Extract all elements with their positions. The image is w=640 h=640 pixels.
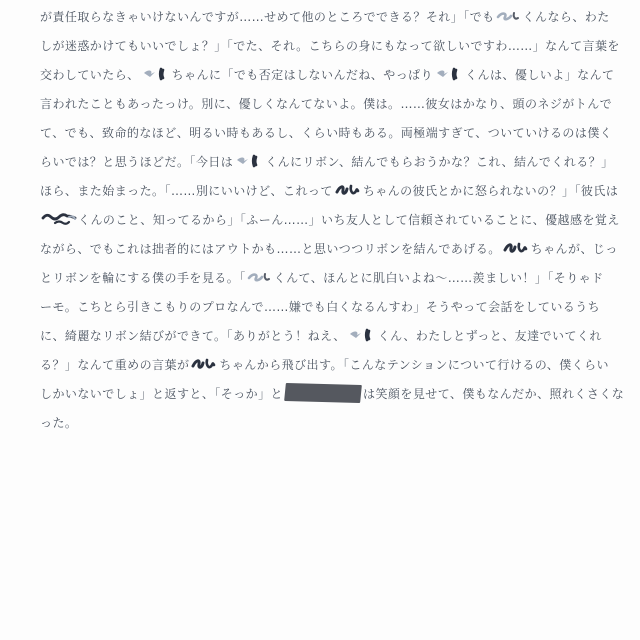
text-line: 交わしていたら、ちゃんに「でも否定はしないんだね、やっぱりくんは、優しいよ」なん…	[40, 61, 602, 90]
text-line: とリボンを輪にする僕の手を見る。「くんて、ほんとに肌白いよね～……羨ましい！」「…	[40, 264, 602, 293]
document-page: が責任取らなきゃいけないんですが……せめて他のところでできる？それ」「でもくんな…	[0, 0, 640, 640]
text-run: 言われたこともあったっけ。別に、優しくなんてないよ。僕は。……彼女はかなり、頭の…	[40, 97, 612, 111]
redaction-box	[284, 383, 362, 403]
ink-scribble-redacted-name	[41, 211, 77, 227]
text-run: くんのこと、知ってるから」「ふーん……」いち友人として信頼されていることに、優越…	[78, 213, 620, 227]
ink-scribble-redacted-name	[141, 66, 171, 82]
ink-scribble-redacted-name	[347, 327, 377, 343]
text-run: 交わしていたら、	[40, 68, 140, 82]
ink-scribble-redacted-name	[234, 153, 264, 169]
text-run: らいでは？と思うほどだ。「今日は	[40, 155, 233, 169]
text-line: が責任取らなきゃいけないんですが……せめて他のところでできる？それ」「でもくんな…	[40, 3, 602, 32]
text-line: ーモ。こちとら引きこもりのプロなんで……嫌でも白くなるんすわ」そうやって会話をし…	[40, 293, 602, 322]
text-run: は笑顔を見せて、僕もなんだか、照れくさくな	[363, 387, 624, 401]
text-run: くんにリボン、結んでもらおうかな？これ、結んでくれる？」	[265, 155, 613, 169]
text-line: る？」なんて重めの言葉がちゃんから飛び出す。「こんなテンションについて行けるの、…	[40, 351, 602, 380]
text-run: ちゃんの彼氏とかに怒られないの？」「彼氏は	[363, 184, 618, 198]
text-line: て、でも、致命的なほど、明るい時もあるし、くらい時もある。両極端すぎて、ついてい…	[40, 119, 602, 148]
text-run: ちゃんが、じっ	[531, 242, 618, 256]
text-run: る？」なんて重めの言葉が	[40, 358, 189, 372]
text-block: が責任取らなきゃいけないんですが……せめて他のところでできる？それ」「でもくんな…	[40, 3, 602, 438]
text-run: ちゃんから飛び出す。「こんなテンションについて行けるの、僕くらい	[219, 358, 609, 372]
text-run: ーモ。こちとら引きこもりのプロなんで……嫌でも白くなるんすわ」そうやって会話をし…	[40, 300, 600, 314]
text-run: くんて、ほんとに肌白いよね～……羨ましい！」「そりゃド	[274, 271, 604, 285]
ink-scribble-redacted-name	[502, 240, 530, 256]
text-line: った。	[40, 409, 602, 438]
text-run: て、でも、致命的なほど、明るい時もあるし、くらい時もある。両極端すぎて、ついてい…	[40, 126, 612, 140]
text-run: ほら、また始まった。「……別にいいけど、これって	[40, 184, 333, 198]
text-line: しかいないでしょ」と返すと、「そっか」とは笑顔を見せて、僕もなんだか、照れくさく…	[40, 380, 602, 409]
text-line: ほら、また始まった。「……別にいいけど、これってちゃんの彼氏とかに怒られないの？…	[40, 177, 602, 206]
ink-scribble-redacted-name	[334, 182, 362, 198]
ink-scribble-redacted-name	[496, 8, 522, 24]
ink-scribble-redacted-name	[434, 66, 464, 82]
text-run: くんは、優しいよ」なんて	[465, 68, 614, 82]
text-run: しが迷惑かけてもいいでしょ？」「でた、それ。こちらの身にもなって欲しいですわ………	[40, 39, 620, 53]
text-line: らいでは？と思うほどだ。「今日はくんにリボン、結んでもらおうかな？これ、結んでく…	[40, 148, 602, 177]
text-run: ながら、でもこれは拙者的にはアウトかも……と思いつつリボンを結んであげる。	[40, 242, 501, 256]
text-run: った。	[40, 416, 77, 430]
text-line: ながら、でもこれは拙者的にはアウトかも……と思いつつリボンを結んであげる。ちゃん…	[40, 235, 602, 264]
text-run: に、綺麗なリボン結びができて。「ありがとう！ねえ、	[40, 329, 346, 343]
ink-scribble-redacted-name	[247, 269, 273, 285]
text-run: しかいないでしょ」と返すと、「そっか」と	[40, 387, 283, 401]
text-run: が責任取らなきゃいけないんですが……せめて他のところでできる？それ」「でも	[40, 10, 495, 24]
ink-scribble-redacted-name	[190, 356, 218, 372]
text-run: ちゃんに「でも否定はしないんだね、やっぱり	[172, 68, 433, 82]
text-line: くんのこと、知ってるから」「ふーん……」いち友人として信頼されていることに、優越…	[40, 206, 602, 235]
text-line: しが迷惑かけてもいいでしょ？」「でた、それ。こちらの身にもなって欲しいですわ………	[40, 32, 602, 61]
text-run: くんなら、わた	[523, 10, 610, 24]
text-run: くん、わたしとずっと、友達でいてくれ	[378, 329, 602, 343]
text-run: とリボンを輪にする僕の手を見る。「	[40, 271, 246, 285]
text-line: に、綺麗なリボン結びができて。「ありがとう！ねえ、くん、わたしとずっと、友達でい…	[40, 322, 602, 351]
text-line: 言われたこともあったっけ。別に、優しくなんてないよ。僕は。……彼女はかなり、頭の…	[40, 90, 602, 119]
